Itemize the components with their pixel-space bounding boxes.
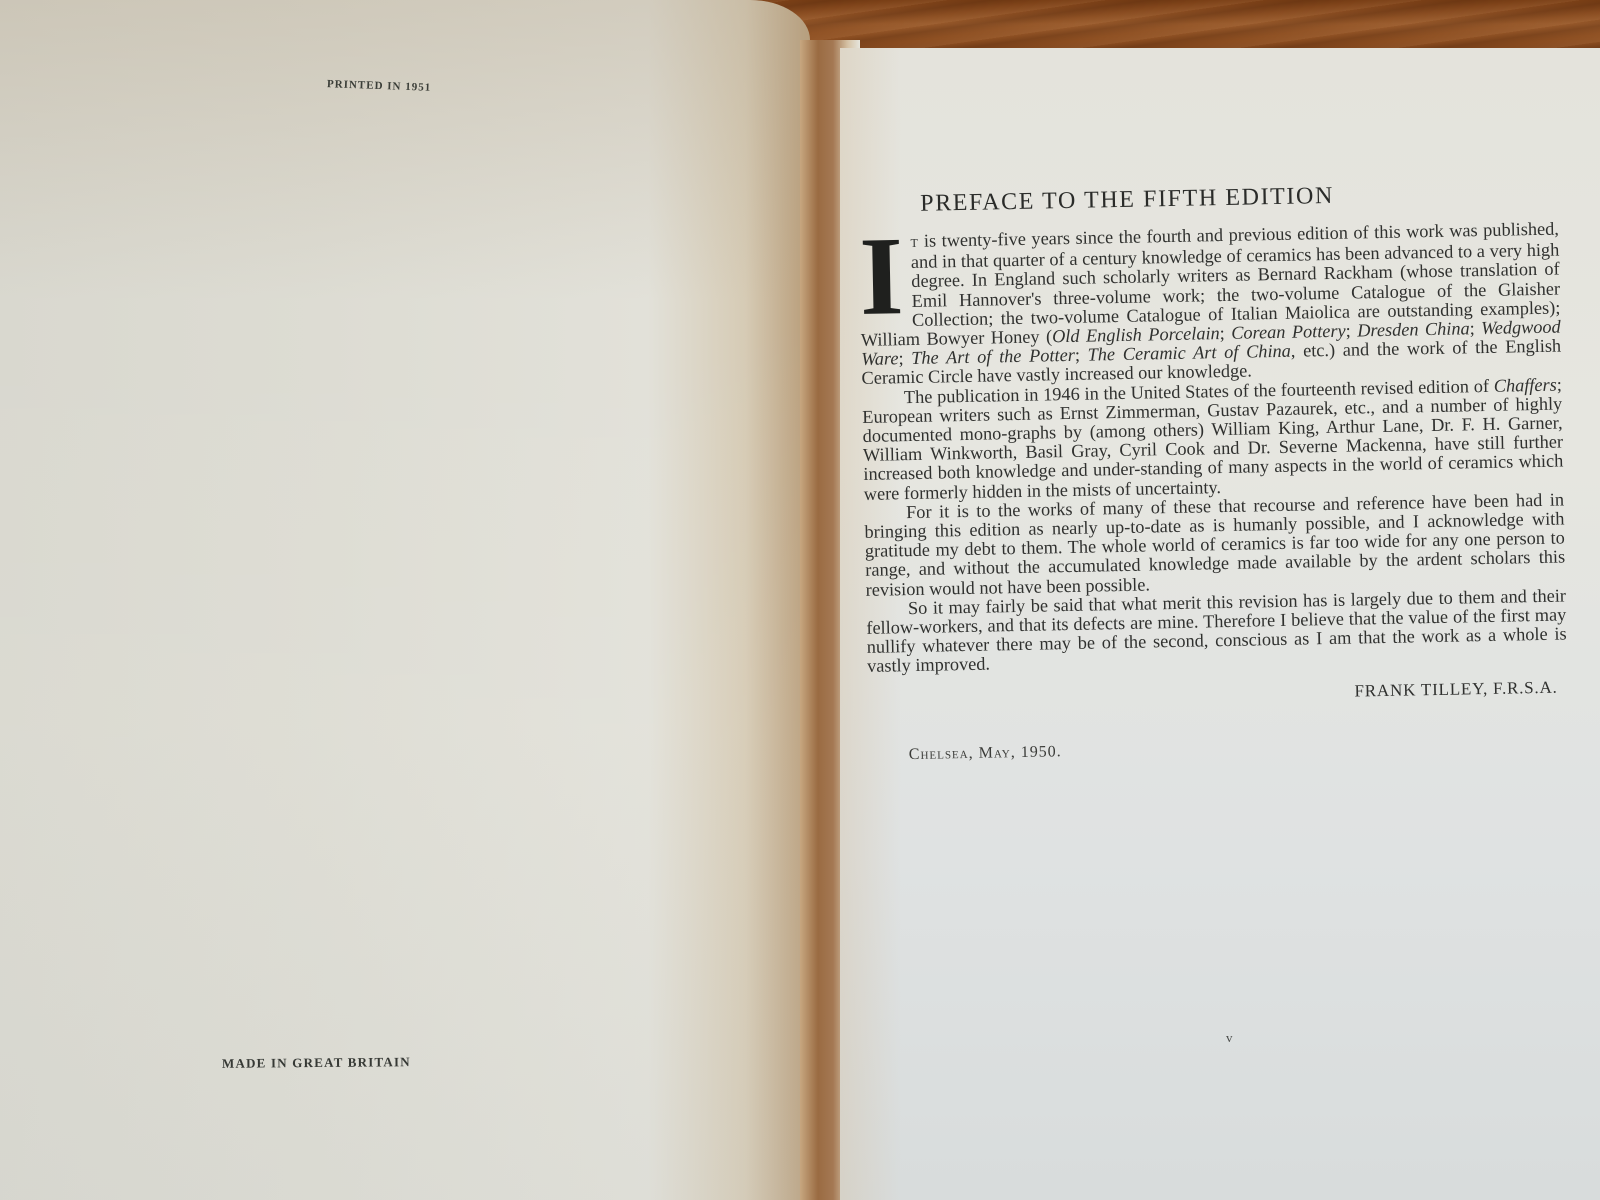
- preface-text-block: PREFACE TO THE FIFTH EDITION It is twent…: [858, 179, 1569, 765]
- paragraph-text: ;: [1345, 320, 1357, 340]
- paragraph-text: ;: [1469, 318, 1481, 338]
- paragraph-3: For it is to the works of many of these …: [864, 490, 1566, 599]
- book-title-italic: Chaffers: [1494, 374, 1557, 395]
- made-in-imprint: MADE IN GREAT BRITAIN: [222, 1054, 411, 1072]
- paragraph-text: ;: [1075, 345, 1088, 365]
- paragraph-4: So it may fairly be said that what merit…: [866, 586, 1567, 676]
- paragraph-2: The publication in 1946 in the United St…: [862, 375, 1564, 504]
- drop-cap-letter: I: [859, 234, 904, 323]
- left-page-shading: [0, 0, 810, 1200]
- page-number: v: [1226, 1030, 1233, 1046]
- paragraph-1: It is twenty-five years since the fourth…: [859, 220, 1562, 389]
- author-signature: FRANK TILLEY, F.R.S.A.: [868, 677, 1568, 710]
- paragraph-text: ;: [898, 348, 911, 368]
